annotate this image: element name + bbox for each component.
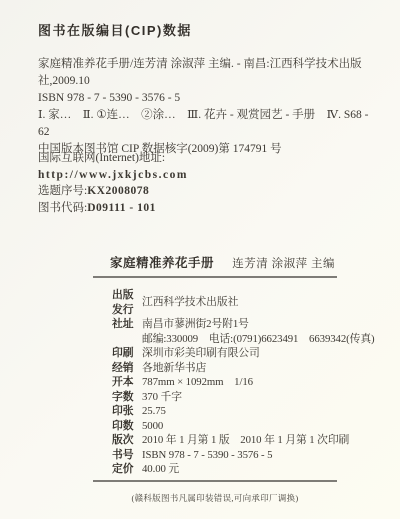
colophon-label: 版次 bbox=[112, 433, 142, 448]
colophon-value: 370 千字 bbox=[142, 390, 182, 405]
colophon-value: 5000 bbox=[142, 419, 163, 434]
colophon-row-address: 社址 南昌市蓼洲街2号附1号 bbox=[112, 317, 392, 332]
colophon-row-publisher: 出版 发行 江西科学技术出版社 bbox=[112, 288, 392, 317]
book-code-line: 图书代码:D09111 - 101 bbox=[38, 200, 188, 217]
topic-number-value: KX2008078 bbox=[87, 185, 149, 197]
colophon-value: 江西科学技术出版社 bbox=[142, 295, 238, 310]
internet-block: 国际互联网(Internet)地址: http://www.jxkjcbs.co… bbox=[38, 150, 188, 216]
colophon-label: 印刷 bbox=[112, 346, 142, 361]
colophon-row-isbn: 书号 ISBN 978 - 7 - 5390 - 3576 - 5 bbox=[112, 448, 392, 463]
topic-number-label: 选题序号: bbox=[38, 185, 87, 197]
colophon-value: 25.75 bbox=[142, 404, 166, 419]
colophon-table: 出版 发行 江西科学技术出版社 社址 南昌市蓼洲街2号附1号 邮编:330009… bbox=[112, 288, 392, 477]
colophon-value: ISBN 978 - 7 - 5390 - 3576 - 5 bbox=[142, 448, 272, 463]
cip-header: 图书在版编目(CIP)数据 bbox=[38, 20, 192, 39]
colophon-row-postcode-phone: 邮编:330009 电话:(0791)6623491 6639342(传真) bbox=[112, 332, 392, 347]
colophon-label: 定价 bbox=[112, 462, 142, 477]
colophon-value: 各地新华书店 bbox=[142, 361, 206, 376]
colophon-row-printer: 印刷 深圳市彩美印刷有限公司 bbox=[112, 346, 392, 361]
colophon-label: 开本 bbox=[112, 375, 142, 390]
colophon-value: 2010 年 1 月第 1 版 2010 年 1 月第 1 次印刷 bbox=[142, 433, 349, 448]
colophon-label: 经销 bbox=[112, 361, 142, 376]
colophon-value: 40.00 元 bbox=[142, 462, 179, 477]
divider-bottom bbox=[93, 480, 337, 482]
book-editors: 连芳清 涂淑萍 主编 bbox=[232, 255, 335, 271]
colophon-label bbox=[112, 332, 142, 347]
book-code-value: D09111 - 101 bbox=[87, 202, 156, 214]
book-code-label: 图书代码: bbox=[38, 202, 87, 214]
colophon-value: 邮编:330009 电话:(0791)6623491 6639342(传真) bbox=[142, 332, 375, 347]
colophon-label: 印张 bbox=[112, 404, 142, 419]
cip-block: 家庭精准养花手册/连芳清 涂淑萍 主编. - 南昌:江西科学技术出版社,2009… bbox=[38, 56, 376, 158]
internet-heading: 国际互联网(Internet)地址: bbox=[38, 150, 188, 167]
colophon-value: 787mm × 1092mm 1/16 bbox=[142, 375, 253, 390]
cip-entry: 家庭精准养花手册/连芳清 涂淑萍 主编. - 南昌:江西科学技术出版社,2009… bbox=[38, 56, 376, 90]
colophon-value: 南昌市蓼洲街2号附1号 bbox=[142, 317, 249, 332]
copyright-page: 图书在版编目(CIP)数据 家庭精准养花手册/连芳清 涂淑萍 主编. - 南昌:… bbox=[0, 0, 400, 519]
colophon-row-printrun: 印数 5000 bbox=[112, 419, 392, 434]
divider-top bbox=[93, 276, 337, 278]
colophon-label: 出版 发行 bbox=[112, 288, 142, 317]
colophon-row-distributor: 经销 各地新华书店 bbox=[112, 361, 392, 376]
colophon-value: 深圳市彩美印刷有限公司 bbox=[142, 346, 260, 361]
title-bar: 家庭精准养花手册 连芳清 涂淑萍 主编 bbox=[93, 253, 337, 271]
colophon-row-sheets: 印张 25.75 bbox=[112, 404, 392, 419]
colophon-row-format: 开本 787mm × 1092mm 1/16 bbox=[112, 375, 392, 390]
colophon-row-price: 定价 40.00 元 bbox=[112, 462, 392, 477]
colophon-label: 书号 bbox=[112, 448, 142, 463]
cip-isbn: ISBN 978 - 7 - 5390 - 3576 - 5 bbox=[38, 90, 376, 107]
footer-note: (赣科版图书凡属印装错误,可向承印厂调换) bbox=[93, 492, 337, 504]
colophon-label: 社址 bbox=[112, 317, 142, 332]
publisher-url: http://www.jxkjcbs.com bbox=[38, 167, 188, 184]
colophon-row-edition: 版次 2010 年 1 月第 1 版 2010 年 1 月第 1 次印刷 bbox=[112, 433, 392, 448]
colophon-label: 印数 bbox=[112, 419, 142, 434]
topic-number-line: 选题序号:KX2008078 bbox=[38, 183, 188, 200]
book-title: 家庭精准养花手册 bbox=[110, 253, 214, 271]
colophon-label: 字数 bbox=[112, 390, 142, 405]
cip-classification: Ⅰ. 家… Ⅱ. ①连… ②涂… Ⅲ. 花卉 - 观赏园艺 - 手册 Ⅳ. S6… bbox=[38, 107, 376, 141]
colophon-row-wordcount: 字数 370 千字 bbox=[112, 390, 392, 405]
